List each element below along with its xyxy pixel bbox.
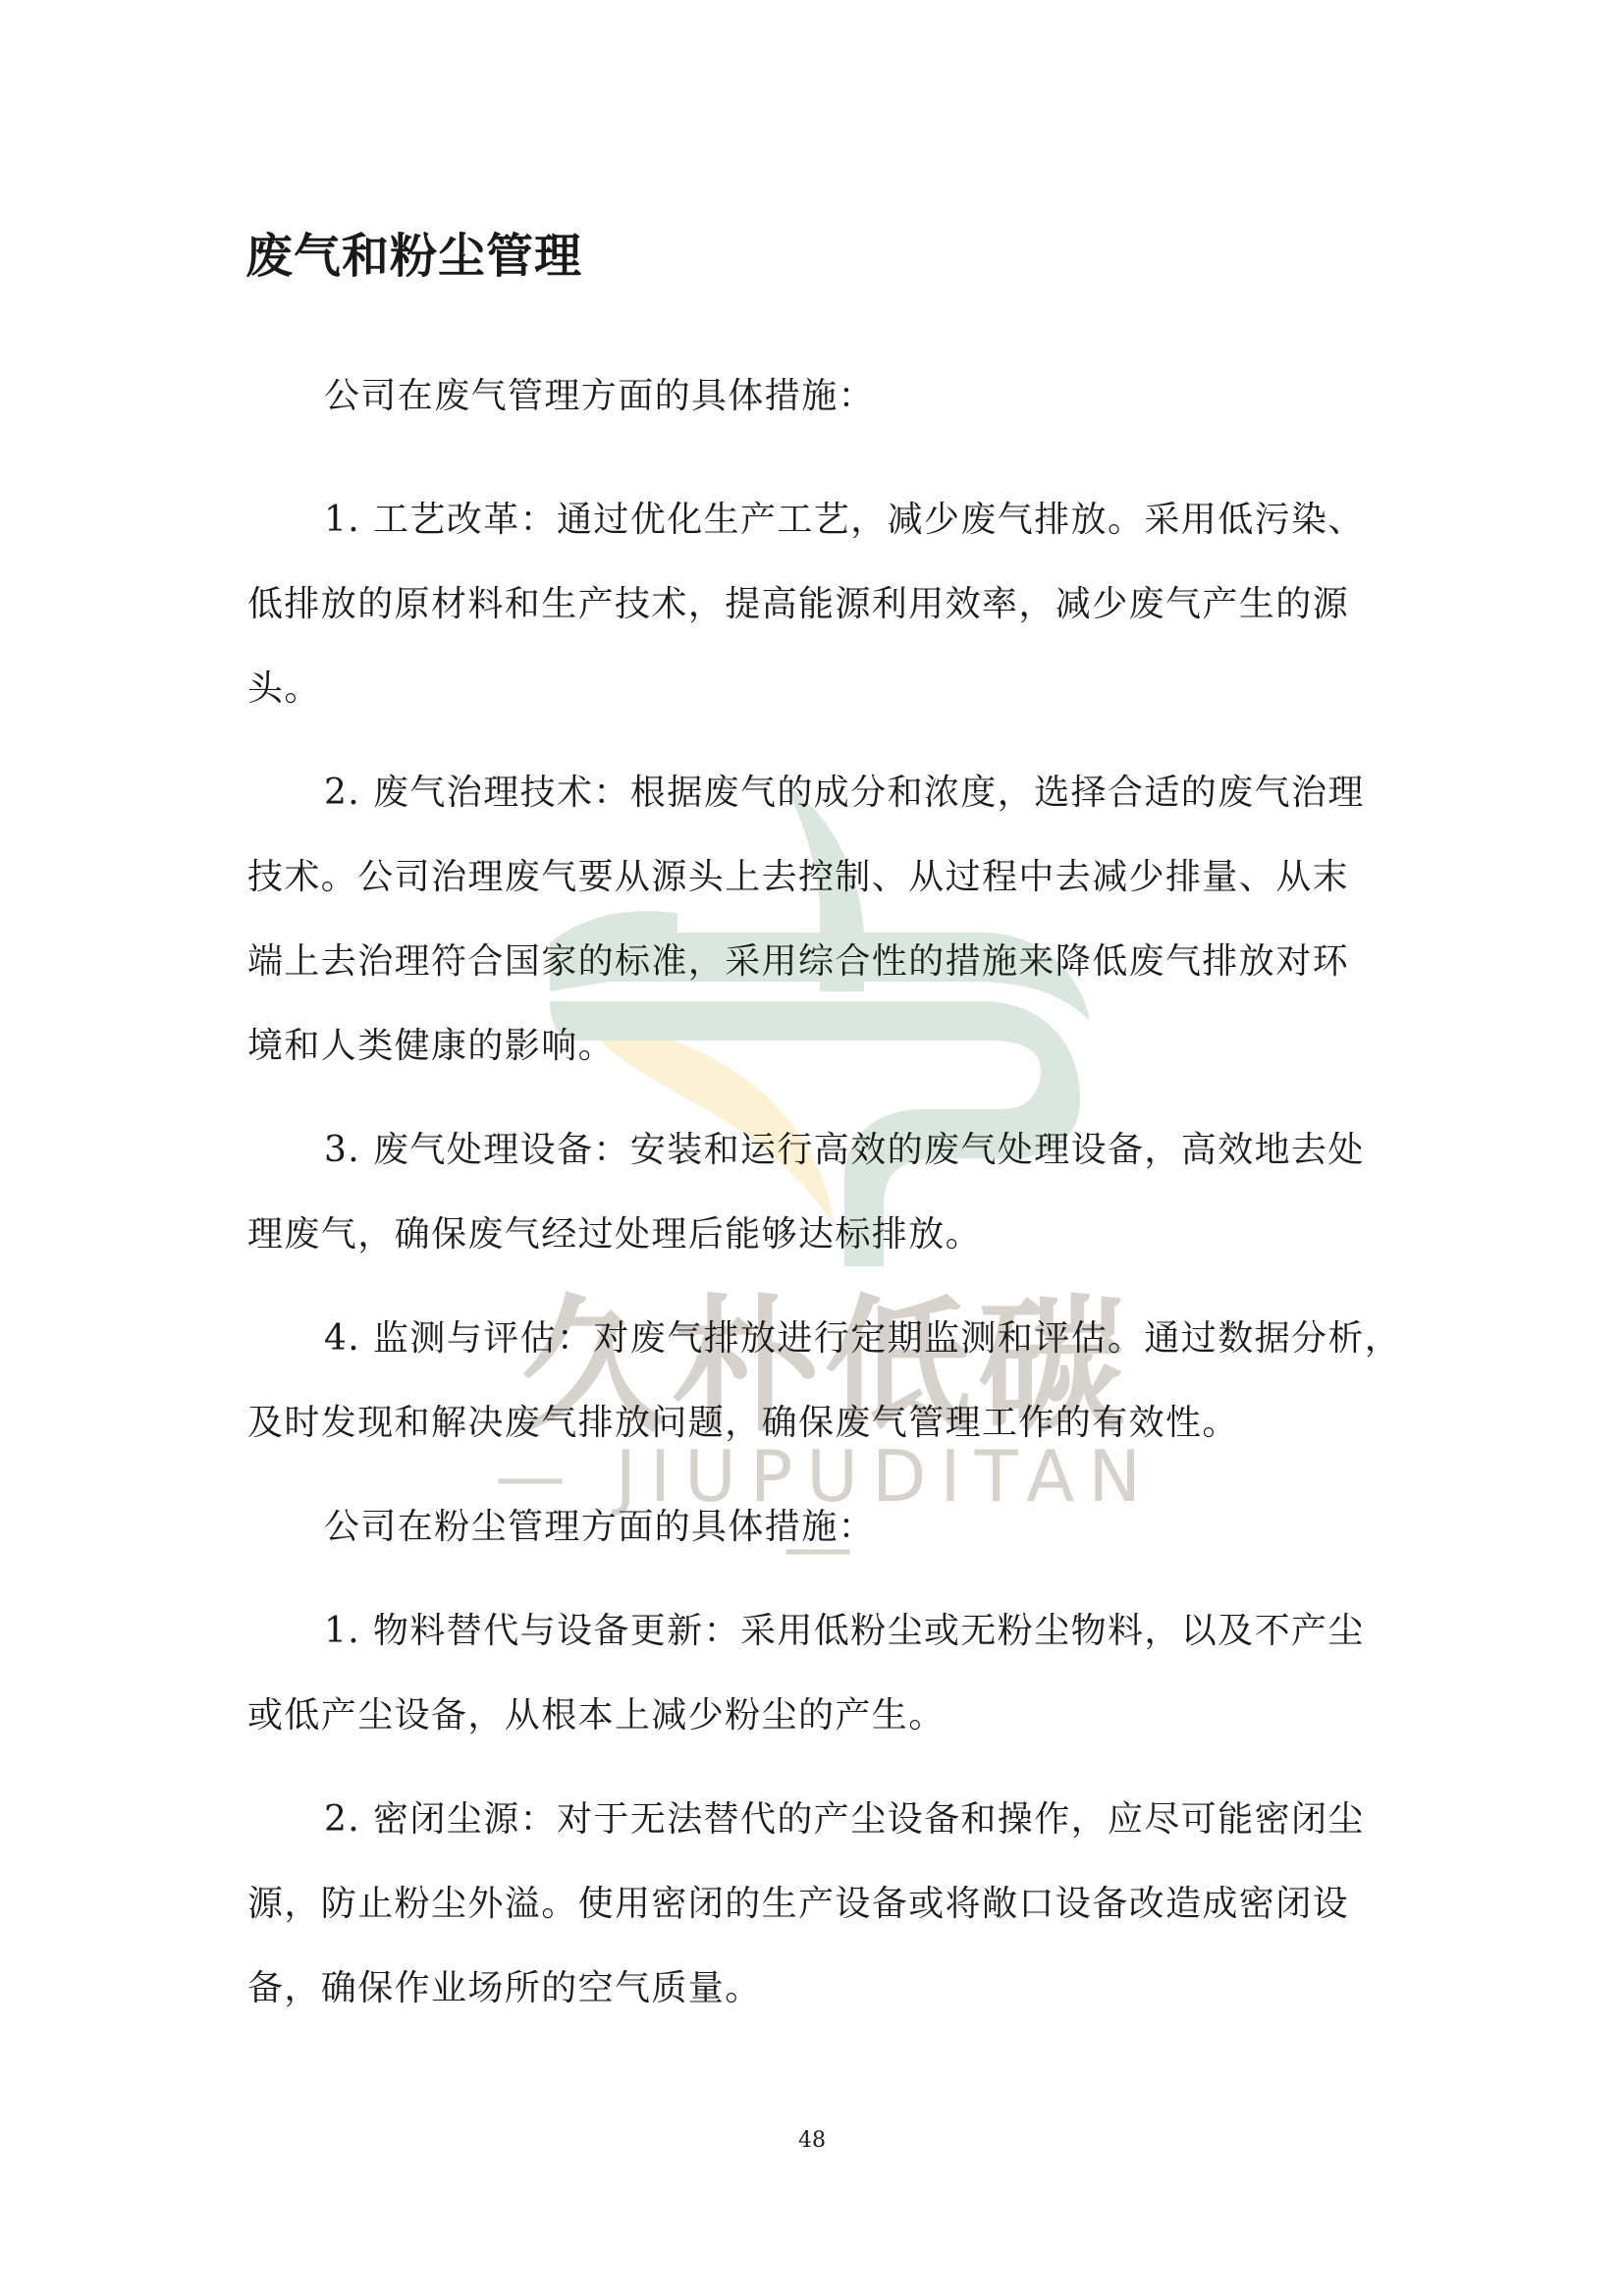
paragraph-line: 及时发现和解决废气排放问题，确保废气管理工作的有效性。: [247, 1402, 1386, 1445]
paragraph-line: 4. 监测与评估：对废气排放进行定期监测和评估。通过数据分析，: [324, 1317, 1384, 1361]
paragraph-line: 3. 废气处理设备：安装和运行高效的废气处理设备，高效地去处: [324, 1129, 1384, 1172]
paragraph-line: 源，防止粉尘外溢。使用密闭的生产设备或将敞口设备改造成密闭设: [247, 1883, 1386, 1926]
paragraph-line: 1. 工艺改革：通过优化生产工艺，减少废气排放。采用低污染、: [324, 499, 1384, 542]
paragraph-line: 备，确保作业场所的空气质量。: [247, 1967, 1386, 2010]
paragraph-line: 2. 废气治理技术：根据废气的成分和浓度，选择合适的废气治理: [324, 772, 1384, 815]
paragraph-line: 端上去治理符合国家的标准，采用综合性的措施来降低废气排放对环: [247, 940, 1386, 984]
paragraph-line: 理废气，确保废气经过处理后能够达标排放。: [247, 1213, 1386, 1256]
paragraph-line: 境和人类健康的影响。: [247, 1025, 1386, 1068]
page-title: 废气和粉尘管理: [245, 218, 582, 286]
paragraph-line: 技术。公司治理废气要从源头上去控制、从过程中去减少排量、从末: [247, 856, 1386, 899]
page-number: 48: [0, 2128, 1624, 2153]
paragraph-line: 公司在粉尘管理方面的具体措施：: [324, 1506, 1384, 1549]
paragraph-line: 公司在废气管理方面的具体措施：: [324, 375, 1384, 418]
paragraph-line: 1. 物料替代与设备更新：采用低粉尘或无粉尘物料，以及不产尘: [324, 1610, 1384, 1653]
paragraph-line: 或低产尘设备，从根本上减少粉尘的产生。: [247, 1694, 1386, 1737]
paragraph-line: 2. 密闭尘源：对于无法替代的产尘设备和操作，应尽可能密闭尘: [324, 1798, 1384, 1842]
paragraph-line: 低排放的原材料和生产技术，提高能源利用效率，减少废气产生的源: [247, 583, 1386, 626]
paragraph-line: 头。: [247, 667, 1386, 711]
